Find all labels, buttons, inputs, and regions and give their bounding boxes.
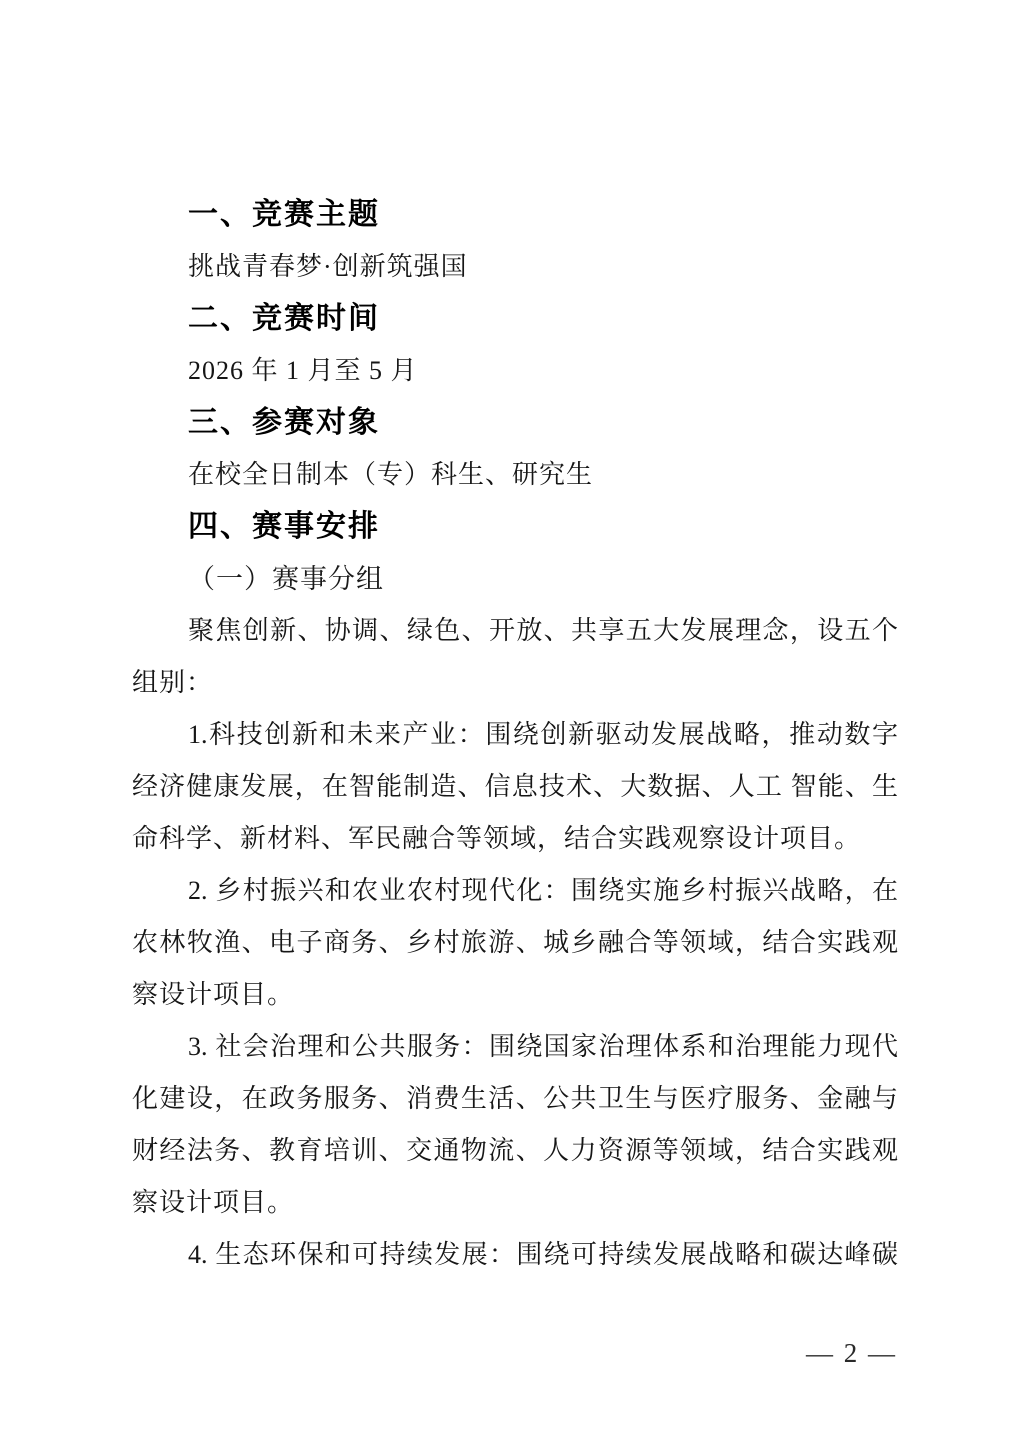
text-line: 3. 社会治理和公共服务：围绕国家治理体系和治理能力现代 bbox=[132, 1021, 898, 1073]
text-line: 农林牧渔、电子商务、乡村旅游、城乡融合等领域，结合实践观 bbox=[132, 917, 898, 969]
section-heading: 二、竞赛时间 bbox=[132, 293, 898, 345]
text-line: 察设计项目。 bbox=[132, 969, 898, 1021]
document-page: 一、竞赛主题挑战青春梦·创新筑强国二、竞赛时间2026 年 1 月至 5 月三、… bbox=[0, 0, 1024, 1448]
document-body: 一、竞赛主题挑战青春梦·创新筑强国二、竞赛时间2026 年 1 月至 5 月三、… bbox=[132, 189, 898, 1281]
sub-heading: （一）赛事分组 bbox=[132, 553, 898, 605]
text-line: 经济健康发展，在智能制造、信息技术、大数据、人工 智能、生 bbox=[132, 761, 898, 813]
text-line: 化建设，在政务服务、消费生活、公共卫生与医疗服务、金融与 bbox=[132, 1073, 898, 1125]
text-line: 2. 乡村振兴和农业农村现代化：围绕实施乡村振兴战略，在 bbox=[132, 865, 898, 917]
section-heading: 一、竞赛主题 bbox=[132, 189, 898, 241]
text-line: 挑战青春梦·创新筑强国 bbox=[132, 241, 898, 293]
section-heading: 三、参赛对象 bbox=[132, 397, 898, 449]
text-line: 察设计项目。 bbox=[132, 1177, 898, 1229]
text-line: 财经法务、教育培训、交通物流、人力资源等领域，结合实践观 bbox=[132, 1125, 898, 1177]
text-line: 命科学、新材料、军民融合等领域，结合实践观察设计项目。 bbox=[132, 813, 898, 865]
text-line: 聚焦创新、协调、绿色、开放、共享五大发展理念，设五个 bbox=[132, 605, 898, 657]
text-line: 2026 年 1 月至 5 月 bbox=[132, 345, 898, 397]
section-heading: 四、赛事安排 bbox=[132, 501, 898, 553]
text-line: 组别： bbox=[132, 657, 898, 709]
text-line: 4. 生态环保和可持续发展：围绕可持续发展战略和碳达峰碳 bbox=[132, 1229, 898, 1281]
text-line: 1.科技创新和未来产业：围绕创新驱动发展战略，推动数字 bbox=[132, 709, 898, 761]
text-line: 在校全日制本（专）科生、研究生 bbox=[132, 449, 898, 501]
page-number: — 2 — bbox=[806, 1338, 897, 1368]
